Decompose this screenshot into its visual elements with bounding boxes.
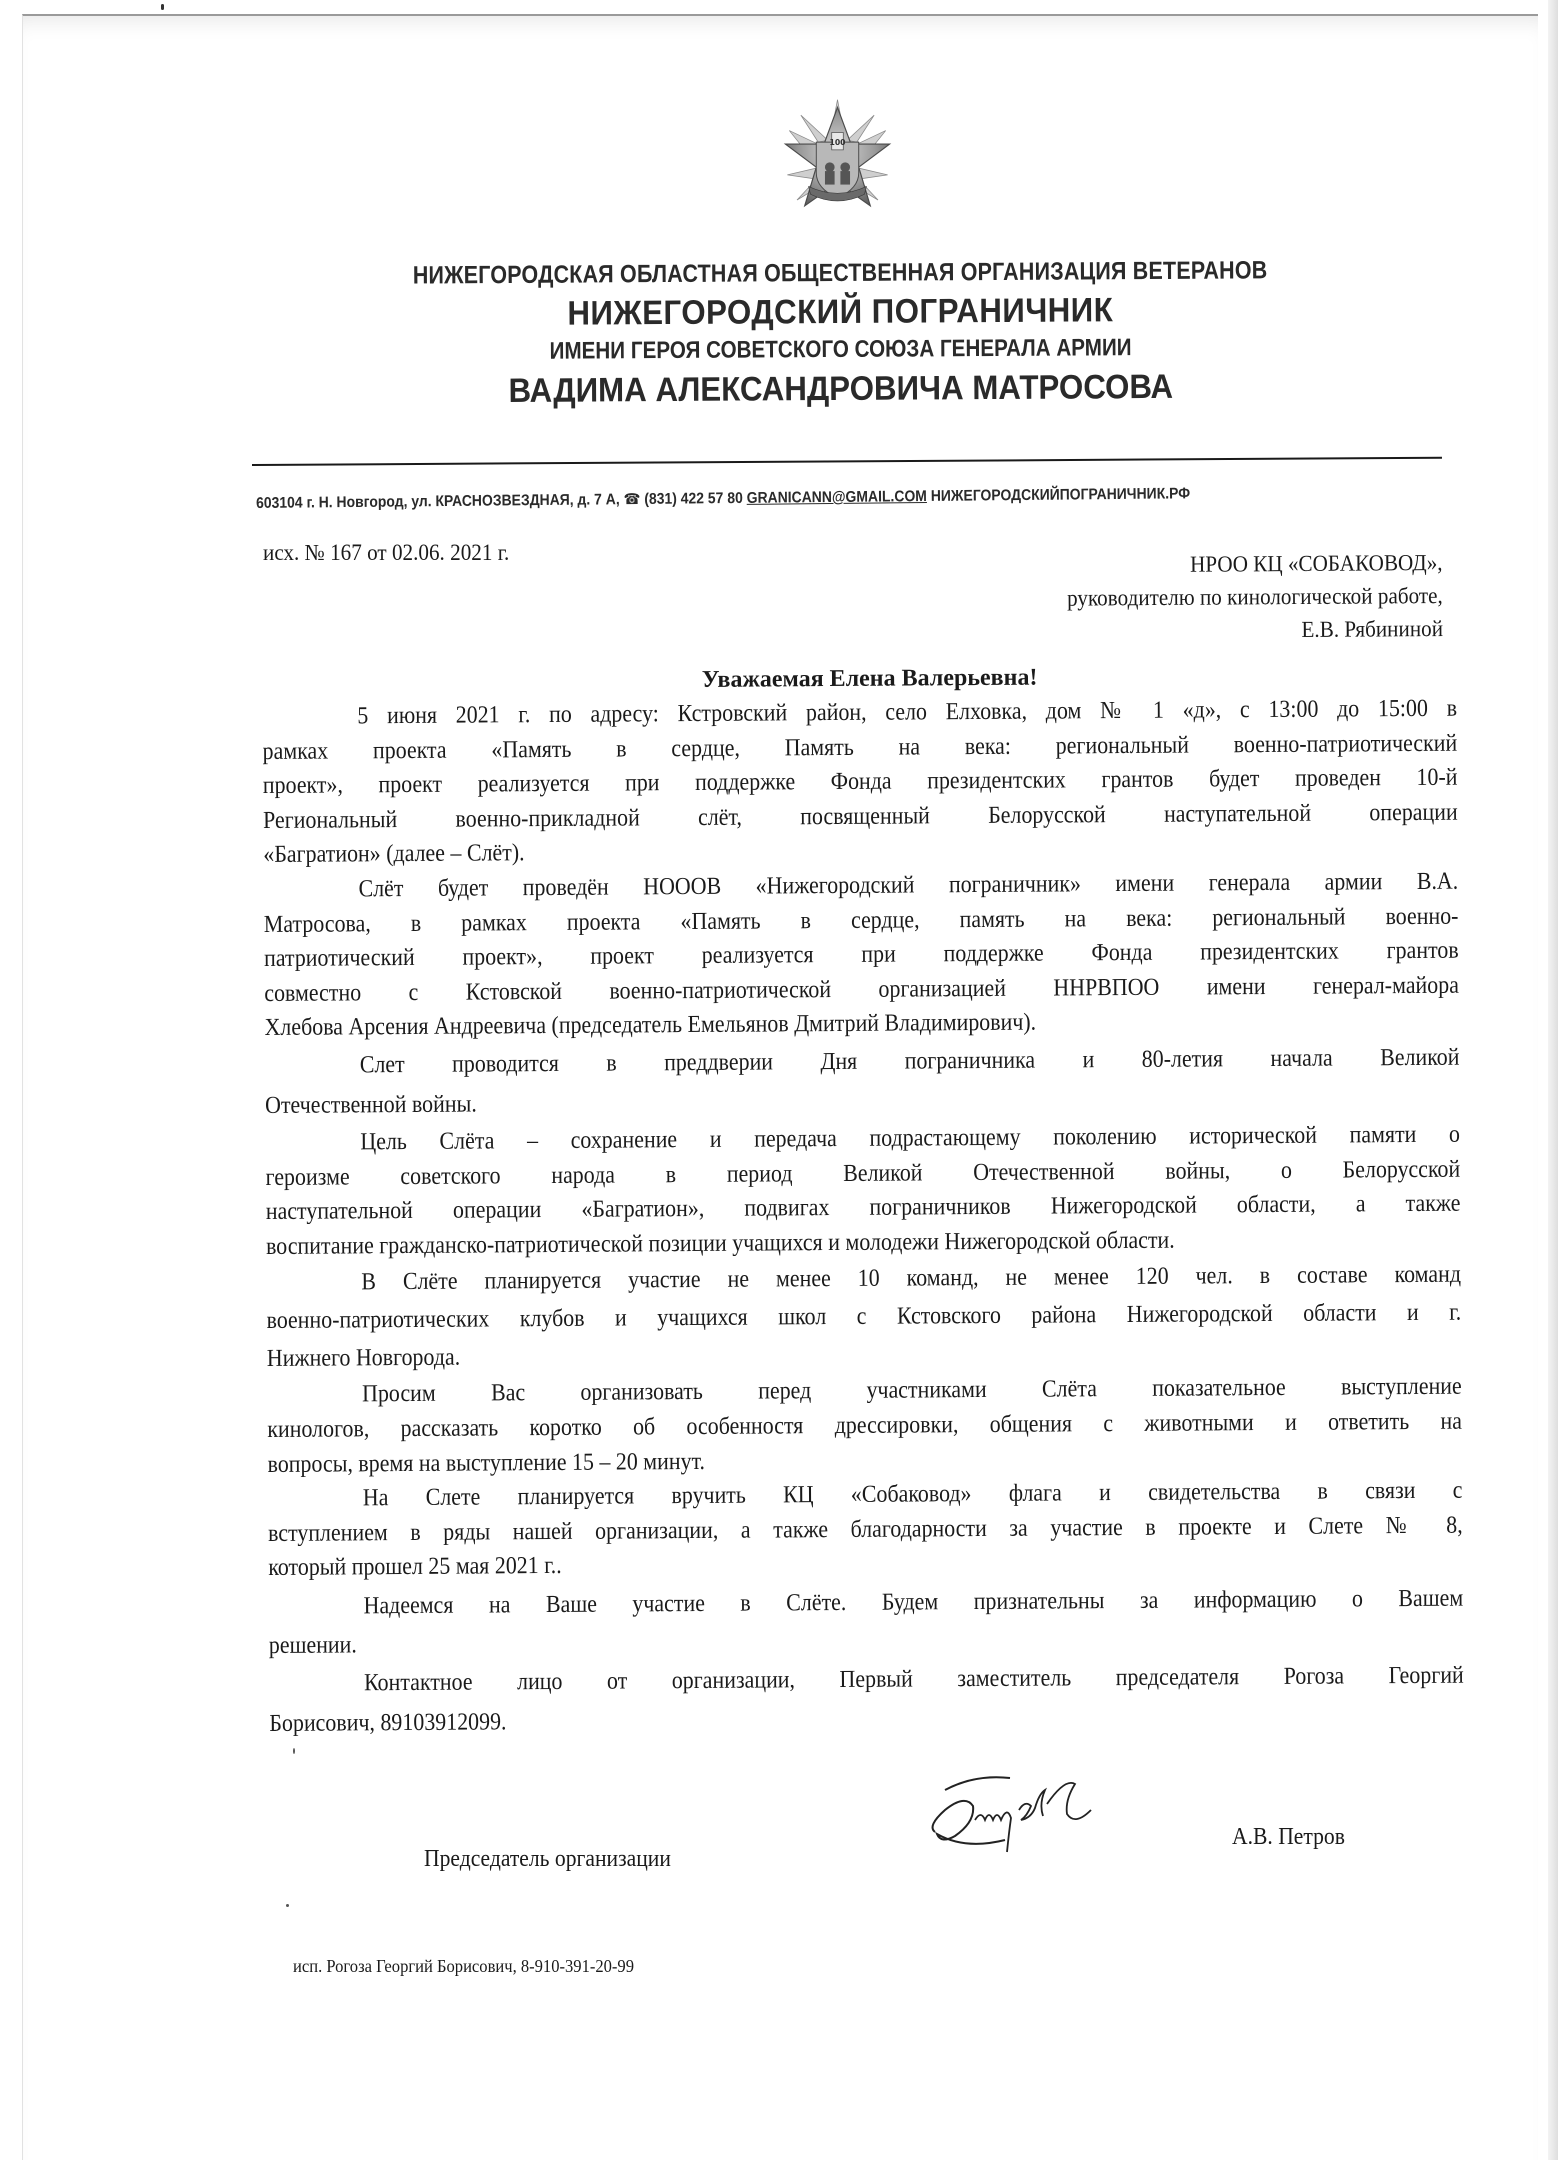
paragraph-request: Просим Вас организовать перед участникам… [267, 1370, 1463, 1482]
addressee-name: Е.В. Рябининой [1067, 612, 1443, 648]
org-type-line: НИЖЕГОРОДСКАЯ ОБЛАСТНАЯ ОБЩЕСТВЕННАЯ ОРГ… [410, 252, 1270, 293]
paragraph-goal: Цель Слёта – сохранение и передача подра… [265, 1118, 1461, 1265]
handwritten-signature-icon [915, 1770, 1135, 1860]
addressee-org: НРОО КЦ «СОБАКОВОД», [1066, 546, 1442, 582]
org-namesake: ВАДИМА АЛЕКСАНДРОВИЧА МАТРОСОВА [381, 364, 1301, 414]
postal-address: 603104 г. Н. Новгород, ул. КРАСНОЗВЕЗДНА… [256, 491, 620, 512]
outgoing-reference: исх. № 167 от 02.06. 2021 г. [263, 540, 509, 566]
letter-body: Уважаемая Елена Валерьевна! 5 июня 2021 … [262, 658, 1464, 1744]
org-honorific-line: ИМЕНИ ГЕРОЯ СОВЕТСКОГО СОЮЗА ГЕНЕРАЛА АР… [410, 330, 1270, 369]
svg-text:100: 100 [829, 138, 845, 147]
scan-speck [161, 4, 164, 10]
executor-line: исп. Рогоза Георгий Борисович, 8-910-391… [293, 1956, 634, 1977]
scan-edge [1548, 0, 1558, 2160]
org-name: НИЖЕГОРОДСКИЙ ПОГРАНИЧНИК [380, 288, 1300, 336]
scan-dot [293, 1748, 295, 1754]
paragraph-closing: Надеемся на Ваше участие в Слёте. Будем … [268, 1578, 1464, 1664]
signatory-title: Председатель организации [424, 1846, 671, 1873]
addressee-position: руководителю по кинологической работе, [1066, 579, 1442, 615]
paragraph-event: 5 июня 2021 г. по адресу: Кстровский рай… [262, 692, 1458, 873]
letterhead: НИЖЕГОРОДСКАЯ ОБЛАСТНАЯ ОБЩЕСТВЕННАЯ ОРГ… [340, 252, 1341, 414]
scan-dot [286, 1904, 289, 1907]
website: НИЖЕГОРОДСКИЙПОГРАНИЧНИК.РФ [931, 485, 1190, 505]
paragraph-organizers: Слёт будет проведён НОООВ «Нижегородский… [263, 865, 1459, 1046]
phone-number: (831) 422 57 80 [644, 490, 743, 508]
paragraph-awards: На Слете планируется вручить КЦ «Собаков… [268, 1474, 1464, 1586]
text-line: Борисович, 89103912099. [269, 1696, 1464, 1744]
addressee-block: НРОО КЦ «СОБАКОВОД», руководителю по кин… [1066, 546, 1442, 648]
paragraph-participants: В Слёте планируется участие не менее 10 … [266, 1256, 1462, 1378]
border-guard-star-medal-icon: 100 [770, 92, 905, 227]
paragraph-contact: Контактное лицо от организации, Первый з… [269, 1656, 1465, 1744]
email-link[interactable]: GRANICANN@GMAIL.COM [747, 488, 927, 507]
signatory-name: А.В. Петров [1232, 1824, 1345, 1851]
phone-icon: ☎ [623, 490, 640, 508]
paragraph-occasion: Слет проводится в преддверии Дня пограни… [265, 1038, 1461, 1126]
